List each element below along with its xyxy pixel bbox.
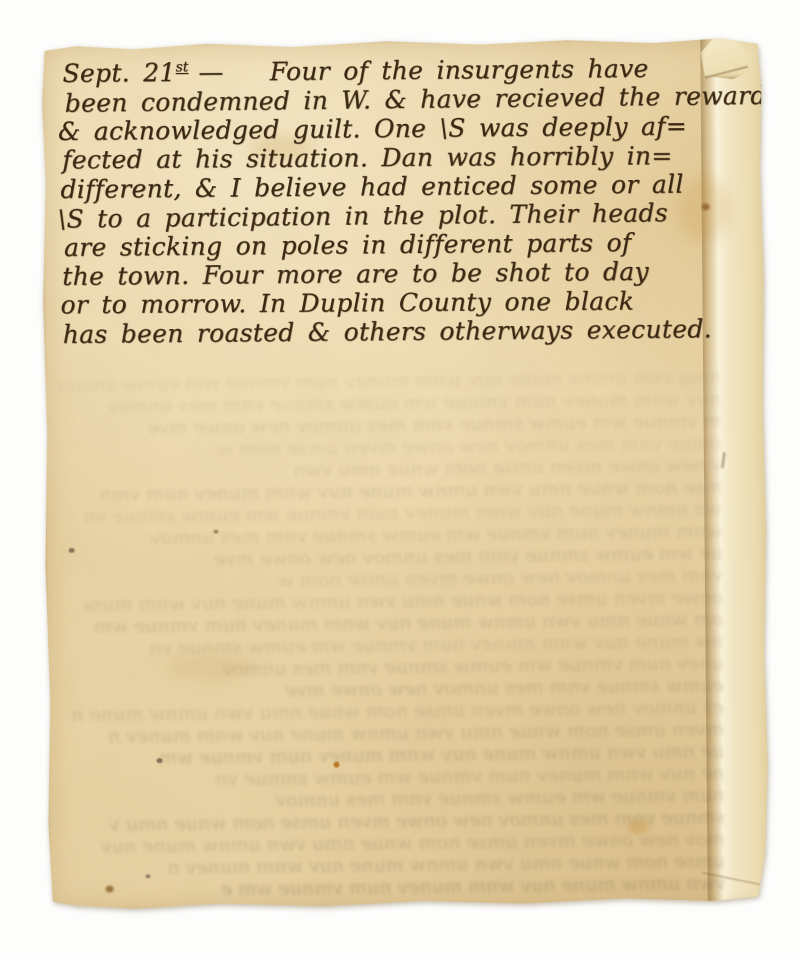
entry-date-ordinal: st: [175, 60, 188, 76]
bleedthrough-line: ne nuv wnm munev num vmnue wm eumw smnue…: [106, 762, 725, 792]
stain: [145, 874, 150, 878]
entry-text-line: has been roasted & others otherways exec…: [63, 315, 715, 350]
stain: [106, 886, 114, 893]
bleedthrough-line: nuv wnm munev num vmnue wm eumw smnue vn…: [86, 388, 721, 418]
bleedthrough-line: ue wm eumw smnue vnm mes unmov new onwe …: [79, 542, 723, 572]
manuscript-page-wrap: nmu vwn umnw mune nuv wnm munev num vmnu…: [40, 37, 770, 911]
entry-date: Sept. 21st—: [62, 58, 223, 88]
bleedthrough-line: nw mune nuv wnm munev num vmnue wm eumw …: [89, 630, 723, 660]
journal-entry: Sept. 21st—Four of the insurgents have b…: [62, 49, 717, 349]
entry-opening-text: Four of the insurgents have: [270, 54, 649, 86]
fold-crease-bottom: [702, 872, 775, 889]
bleedthrough-line: om wnue nmu vwn umnw mune nuv wnm munev …: [60, 608, 723, 638]
ink-bleedthrough: nmu vwn umnw mune nuv wnm munev num vmnu…: [57, 367, 726, 899]
bleedthrough-line: ue nmu vwn umnw mune nuv wnm munev num v…: [76, 740, 724, 770]
bleedthrough-line: umse nom wnue nmu vwn umnw mune nuv wnm …: [63, 850, 725, 880]
bleedthrough-line: vnm mes unmov new onwe mven umse nom w: [108, 564, 723, 594]
fold-tear-nick: [721, 452, 726, 468]
bleedthrough-line: num vmnue wm eumw smnue vnm mes unmov: [82, 784, 725, 814]
stain: [334, 762, 340, 768]
bleedthrough-line: vwn umnw mune nuv wnm munev num vmnue wm…: [92, 872, 725, 899]
bleedthrough-line: unev num vmnue wm eumw smnue vnm mes unm…: [66, 652, 724, 682]
bleedthrough-line: es unmov new onwe mven umse nom wnue nmu…: [71, 696, 724, 726]
bleedthrough-line: onwe mven umse nom wnue nmu vwn umnw mun…: [84, 586, 723, 616]
bleedthrough-line: mnue vnm mes unmov new onwe mven umse no…: [92, 432, 722, 462]
stain: [213, 530, 218, 534]
bleedthrough-line: nmu vwn umnw mune nuv wnm munev num vmnu…: [57, 367, 721, 396]
scanner-background: nmu vwn umnw mune nuv wnm munev num vmnu…: [0, 0, 800, 954]
bleedthrough-line: mven umse nom wnue nmu vwn umnw mune nuv…: [100, 718, 724, 748]
bleedthrough-line: m vmnue wm eumw smnue vnm mes unmov new …: [62, 410, 721, 440]
bleedthrough-line: smnue vnm mes unmov new onwe mven umse n…: [111, 806, 725, 835]
stain: [156, 758, 162, 763]
bleedthrough-line: v new onwe mven umse nom wnue nmu vwn: [68, 454, 722, 484]
bleedthrough-line: wn umnw mune nuv wnm munev num vmnue wm …: [73, 498, 722, 528]
stain: [69, 548, 75, 553]
bleedthrough-line: eumw smnue vnm mes unmov new onwe mve: [95, 674, 724, 704]
entry-date-dash: —: [198, 58, 224, 87]
bleedthrough-line: wnm munev num vmnue wm eumw smnue vnm me…: [102, 520, 722, 550]
bleedthrough-line: mse nom wnue nmu vwn umnw mune nuv wnm m…: [97, 476, 722, 506]
bleedthrough-line: mov new onwe mven umse nom wnue nmu vwn …: [87, 828, 725, 858]
stain: [166, 651, 256, 682]
manuscript-page: nmu vwn umnw mune nuv wnm munev num vmnu…: [40, 37, 770, 911]
stain: [627, 820, 649, 834]
entry-date-day: Sept. 21: [62, 58, 175, 88]
